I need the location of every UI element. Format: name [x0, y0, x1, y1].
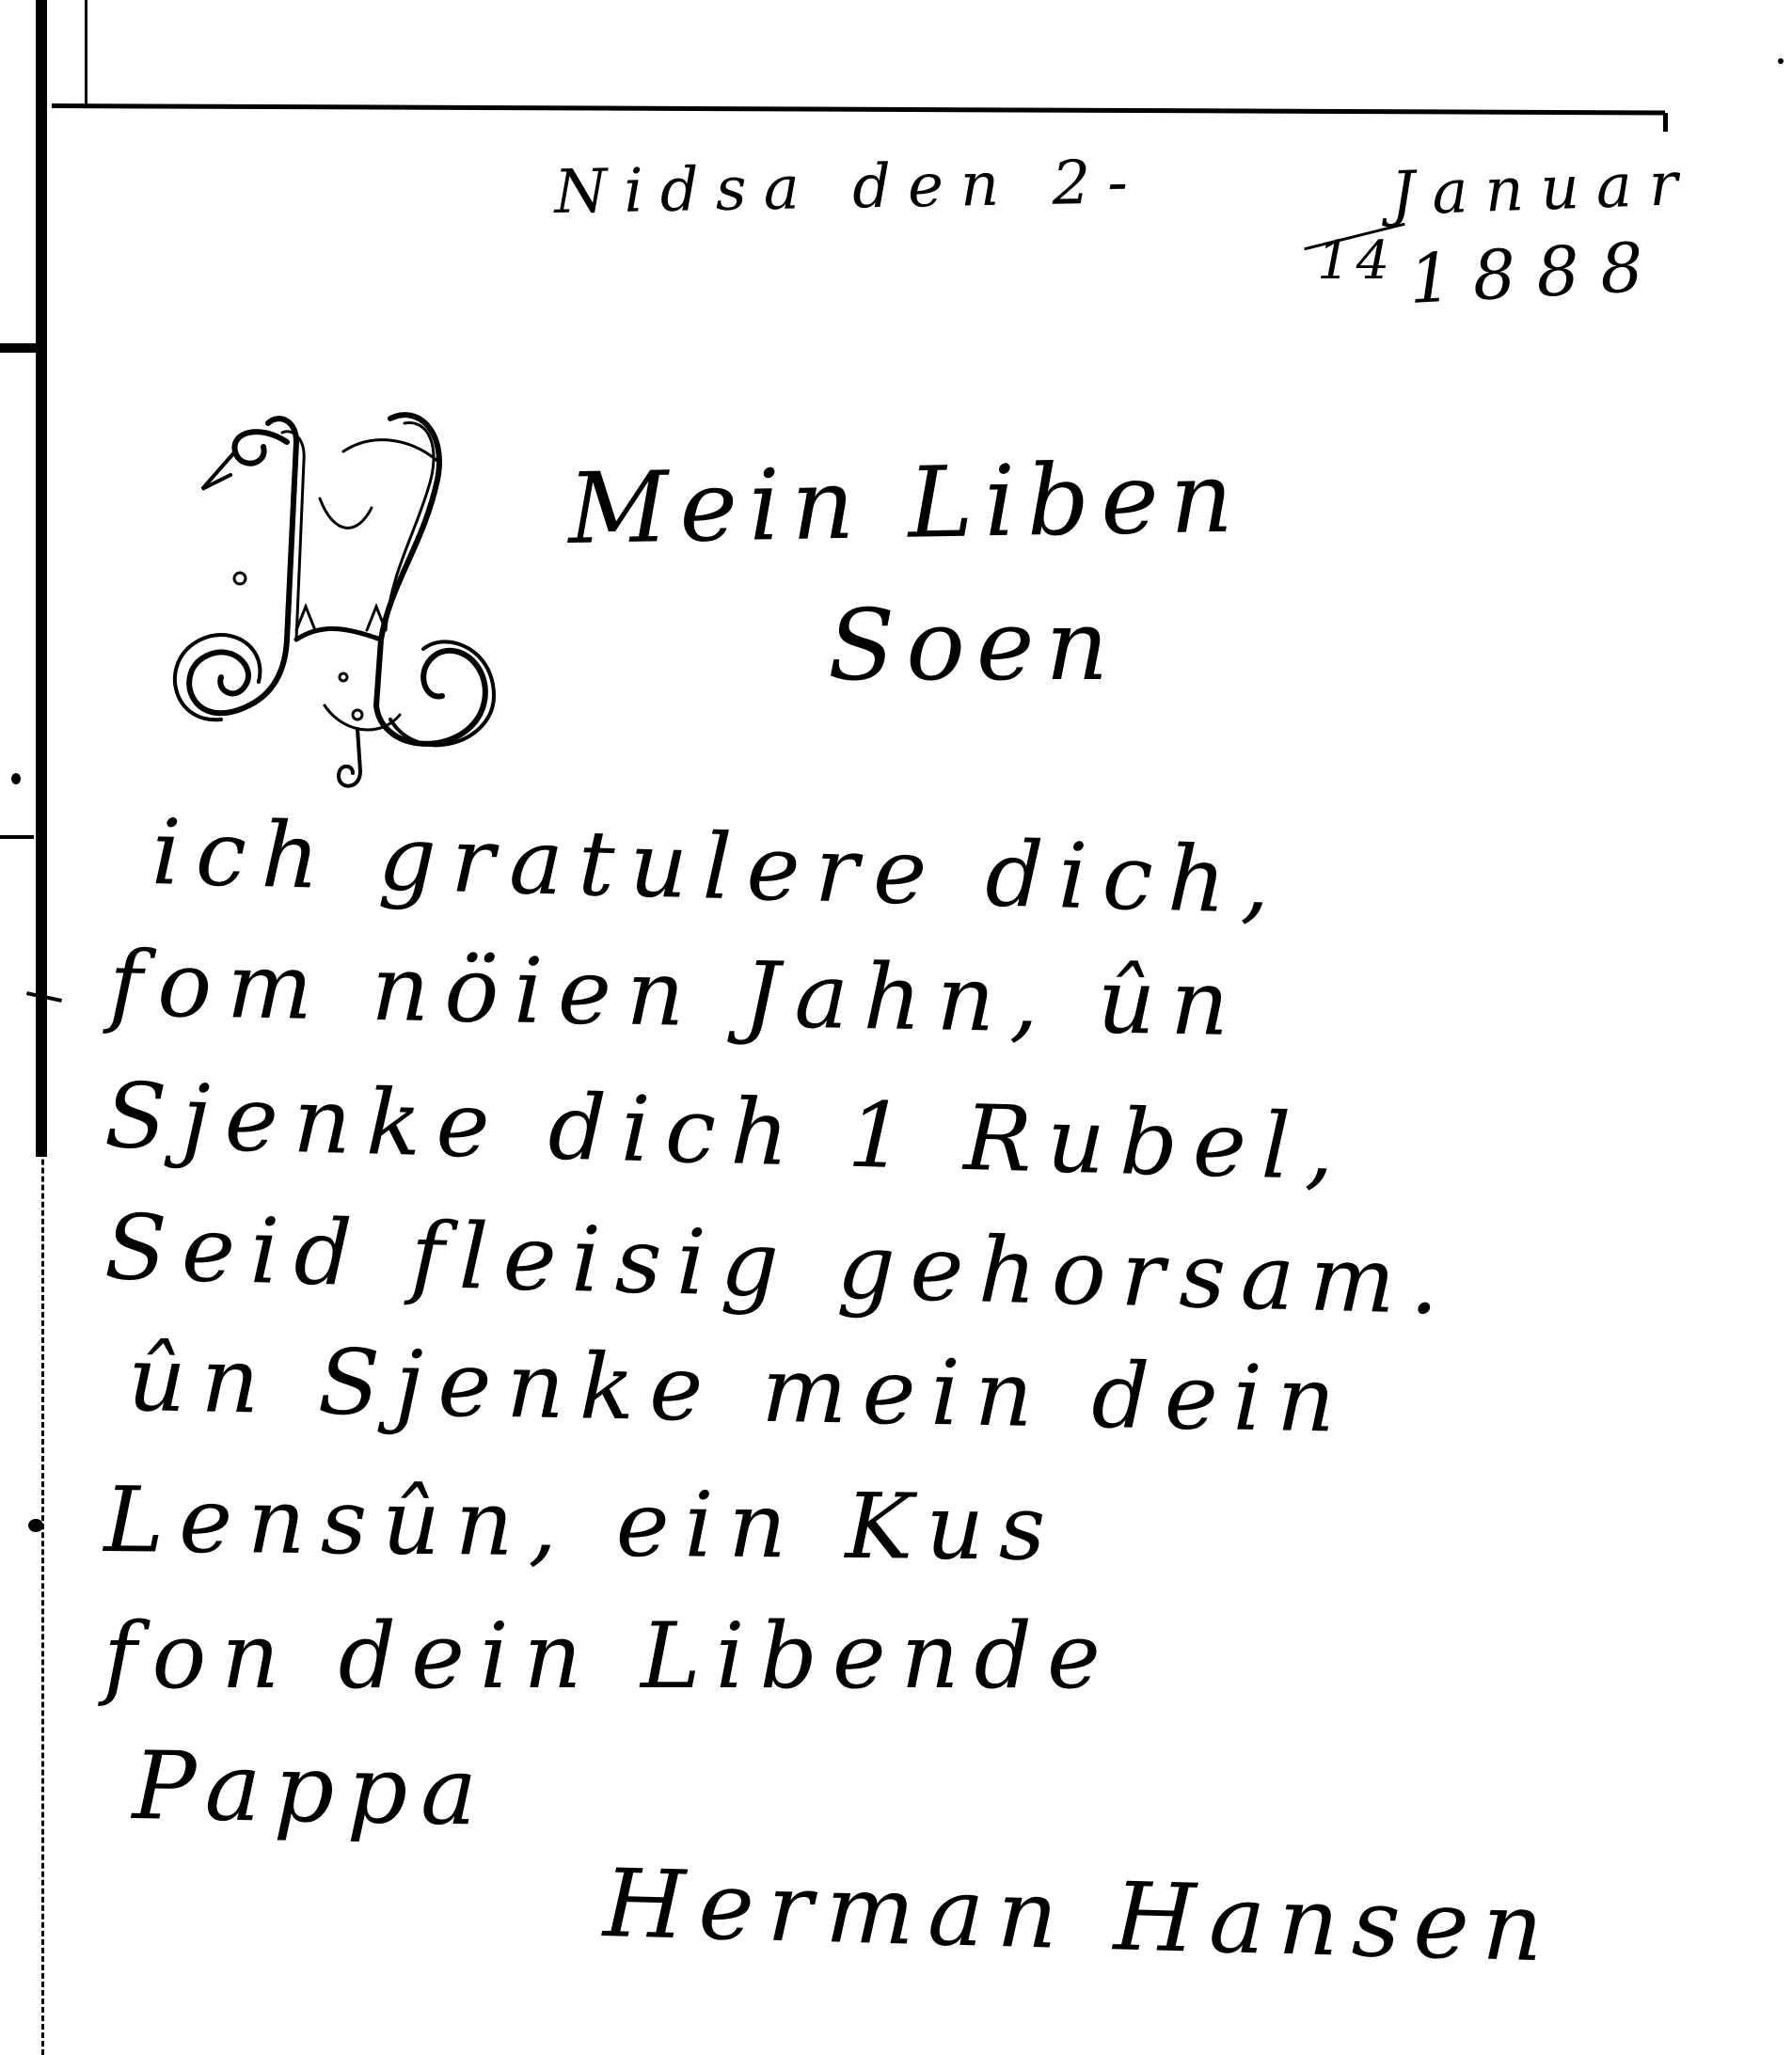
page-top-edge	[52, 103, 1665, 115]
binding-line-inner	[85, 0, 87, 105]
body-line-4: Seid fleisig gehorsam.	[103, 1194, 1455, 1336]
ink-speck	[28, 1519, 43, 1532]
binding-stub	[0, 343, 38, 353]
body-line-5: ûn Sjenke mein dein	[127, 1326, 1351, 1453]
salutation-line-1: Mein Liben	[567, 439, 1245, 566]
signature-line-2: Herman Hansen	[602, 1848, 1558, 1983]
signature-line-1: Pappa	[132, 1731, 491, 1847]
letter-page: Nidsa den 2- Januar 14 1888	[0, 0, 1792, 2055]
page-right-corner	[1663, 113, 1668, 132]
year: 1888	[1407, 227, 1666, 319]
ink-speck	[1778, 58, 1784, 64]
hh-monogram-icon	[155, 395, 508, 790]
body-line-3: Sjenke dich 1 Rubel,	[103, 1063, 1351, 1201]
margin-dotted-line	[41, 752, 44, 2055]
ink-speck	[11, 773, 21, 784]
body-line-7: fon dein Libende	[103, 1604, 1116, 1709]
binding-hook	[0, 835, 34, 839]
old-style-day: 14	[1317, 230, 1395, 292]
body-line-6: Lensûn, ein Kus	[103, 1467, 1061, 1581]
place-date: Nidsa den 2-	[554, 148, 1146, 228]
body-line-1: ich gratulere dich,	[151, 799, 1286, 934]
body-line-2: fom nöien Jahn, ûn	[108, 931, 1245, 1056]
salutation-line-2: Soen	[828, 588, 1119, 703]
month: Januar	[1389, 150, 1695, 229]
